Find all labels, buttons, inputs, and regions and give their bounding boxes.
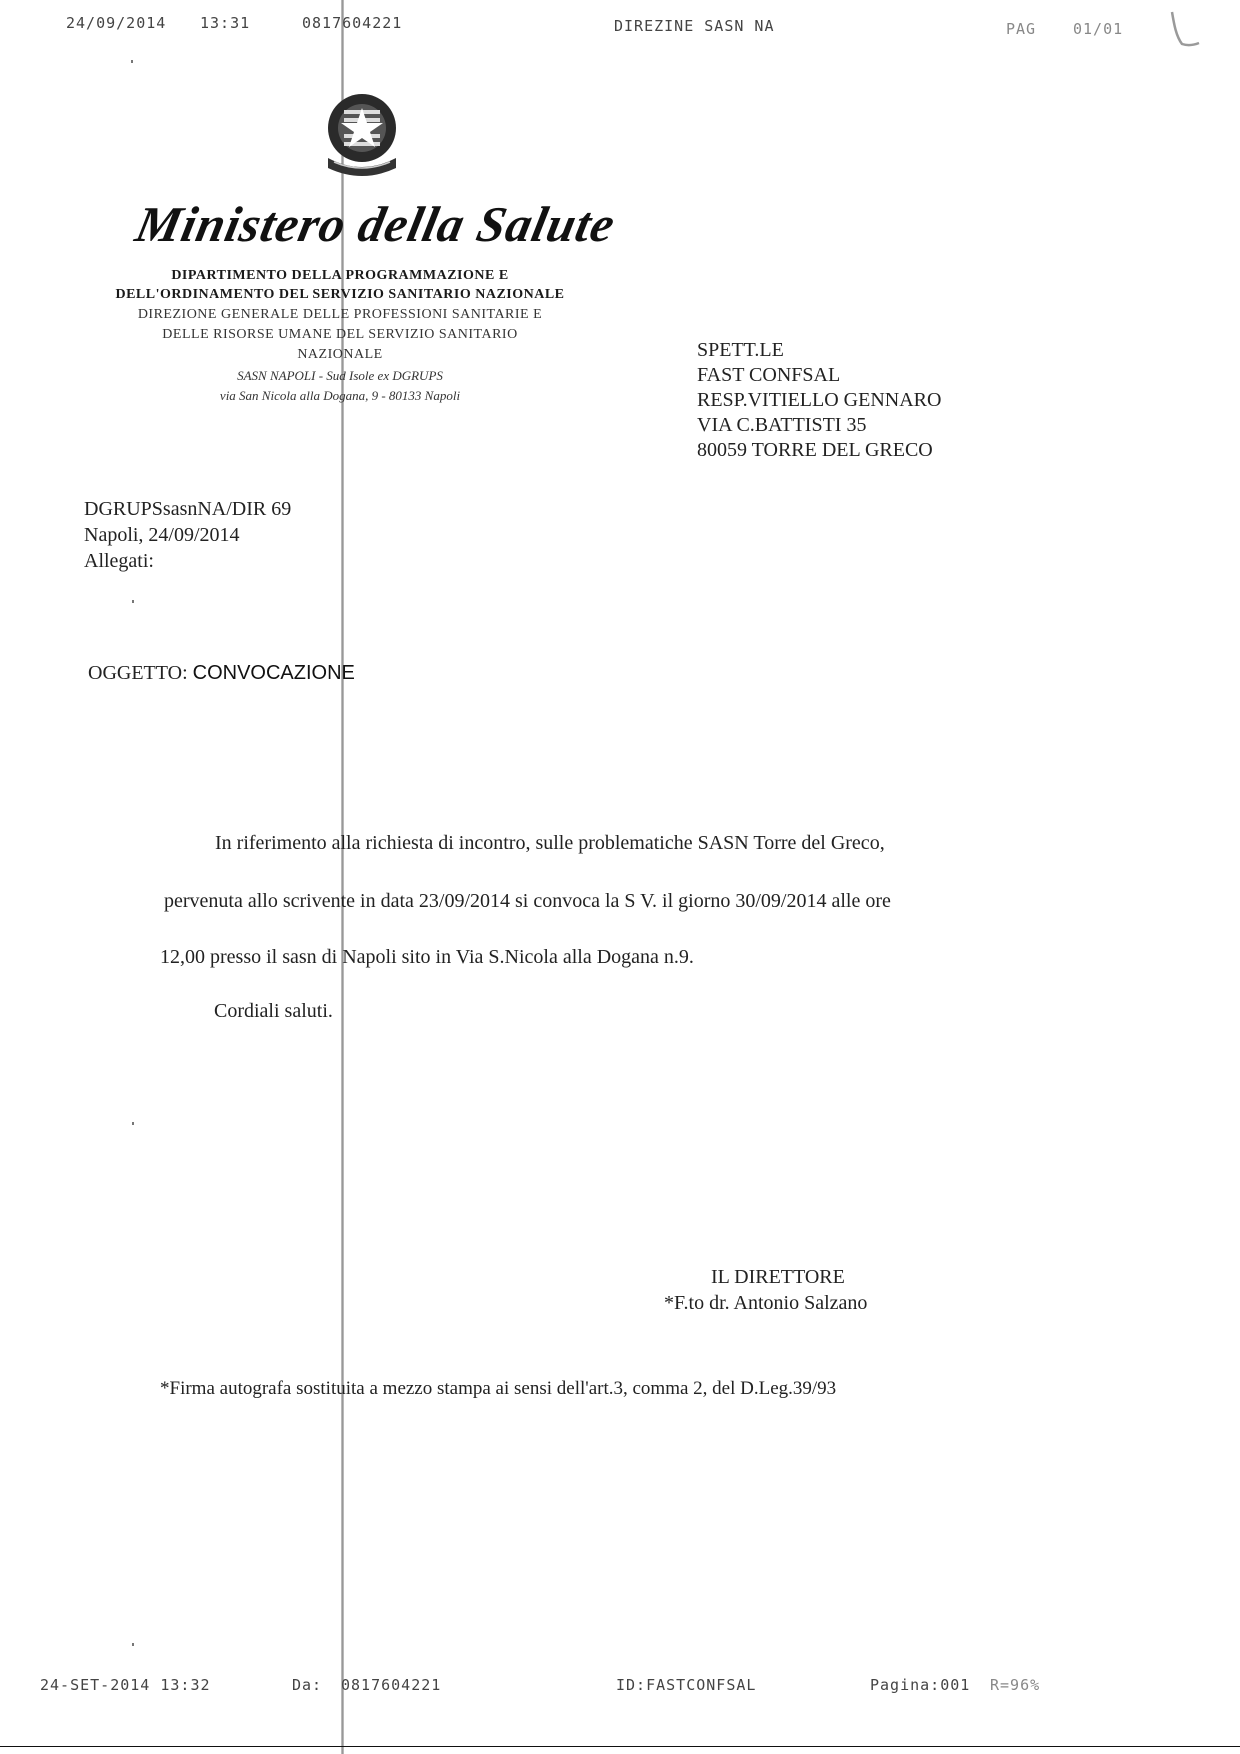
scan-speck [132,600,134,603]
subject-value: CONVOCAZIONE [193,662,355,684]
body-line: In riferimento alla richiesta di incontr… [215,832,885,855]
recipient-address: SPETT.LE FAST CONFSAL RESP.VITIELLO GENN… [697,338,941,463]
recipient-line: RESP.VITIELLO GENNARO [697,388,941,413]
fax-header-page-label: PAG [1006,20,1036,38]
fax-footer-datetime: 24-SET-2014 13:32 [40,1676,211,1694]
recipient-line: SPETT.LE [697,338,941,363]
fax-footer-extra: R=96% [990,1676,1040,1694]
signature-title: IL DIRETTORE [711,1266,845,1289]
fax-header-date: 24/09/2014 [66,14,166,32]
fax-header-time: 13:31 [200,14,250,32]
scan-speck [132,1643,134,1646]
corner-mark-icon [1166,10,1200,50]
fax-header-sender: DIREZINE SASN NA [614,17,775,35]
place-date: Napoli, 24/09/2014 [84,522,291,548]
protocol-number: DGRUPSsasnNA/DIR 69 [84,496,291,522]
italian-republic-emblem-icon [320,88,404,178]
direction-line: DIREZIONE GENERALE DELLE PROFESSIONI SAN… [80,307,600,323]
signature-name: *F.to dr. Antonio Salzano [664,1292,867,1315]
subject-line: OGGETTO: CONVOCAZIONE [88,662,355,685]
subject-label: OGGETTO: [88,662,188,684]
department-line: DELL'ORDINAMENTO DEL SERVIZIO SANITARIO … [80,287,600,303]
office-address-line: via San Nicola alla Dogana, 9 - 80133 Na… [80,388,600,404]
recipient-line: 80059 TORRE DEL GRECO [697,438,941,463]
fax-footer-page: Pagina:001 [870,1676,970,1694]
reference-block: DGRUPSsasnNA/DIR 69 Napoli, 24/09/2014 A… [84,496,291,574]
closing-line: Cordiali saluti. [214,1000,333,1023]
fax-header-phone: 0817604221 [302,14,402,32]
office-line: SASN NAPOLI - Sud Isole ex DGRUPS [80,368,600,384]
scan-speck [132,1122,134,1125]
fax-header-page-value: 01/01 [1073,20,1123,38]
fax-bottom-rule [0,1746,1240,1747]
direction-line: DELLE RISORSE UMANE DEL SERVIZIO SANITAR… [80,327,600,343]
body-line: pervenuta allo scrivente in data 23/09/2… [164,890,891,913]
fax-footer-from-label: Da: [292,1676,322,1694]
department-line: DIPARTIMENTO DELLA PROGRAMMAZIONE E [80,268,600,284]
signature-footnote: *Firma autografa sostituita a mezzo stam… [160,1378,836,1400]
recipient-line: FAST CONFSAL [697,363,941,388]
attachments-label: Allegati: [84,548,291,574]
ministry-title: Ministero della Salute [131,195,621,253]
recipient-line: VIA C.BATTISTI 35 [697,413,941,438]
fax-footer-id: ID:FASTCONFSAL [616,1676,756,1694]
direction-line: NAZIONALE [80,347,600,363]
scan-speck [131,60,133,63]
fax-footer-from-number: 0817604221 [341,1676,441,1694]
scan-fold-line [341,0,344,1754]
body-line: 12,00 presso il sasn di Napoli sito in V… [160,946,694,969]
